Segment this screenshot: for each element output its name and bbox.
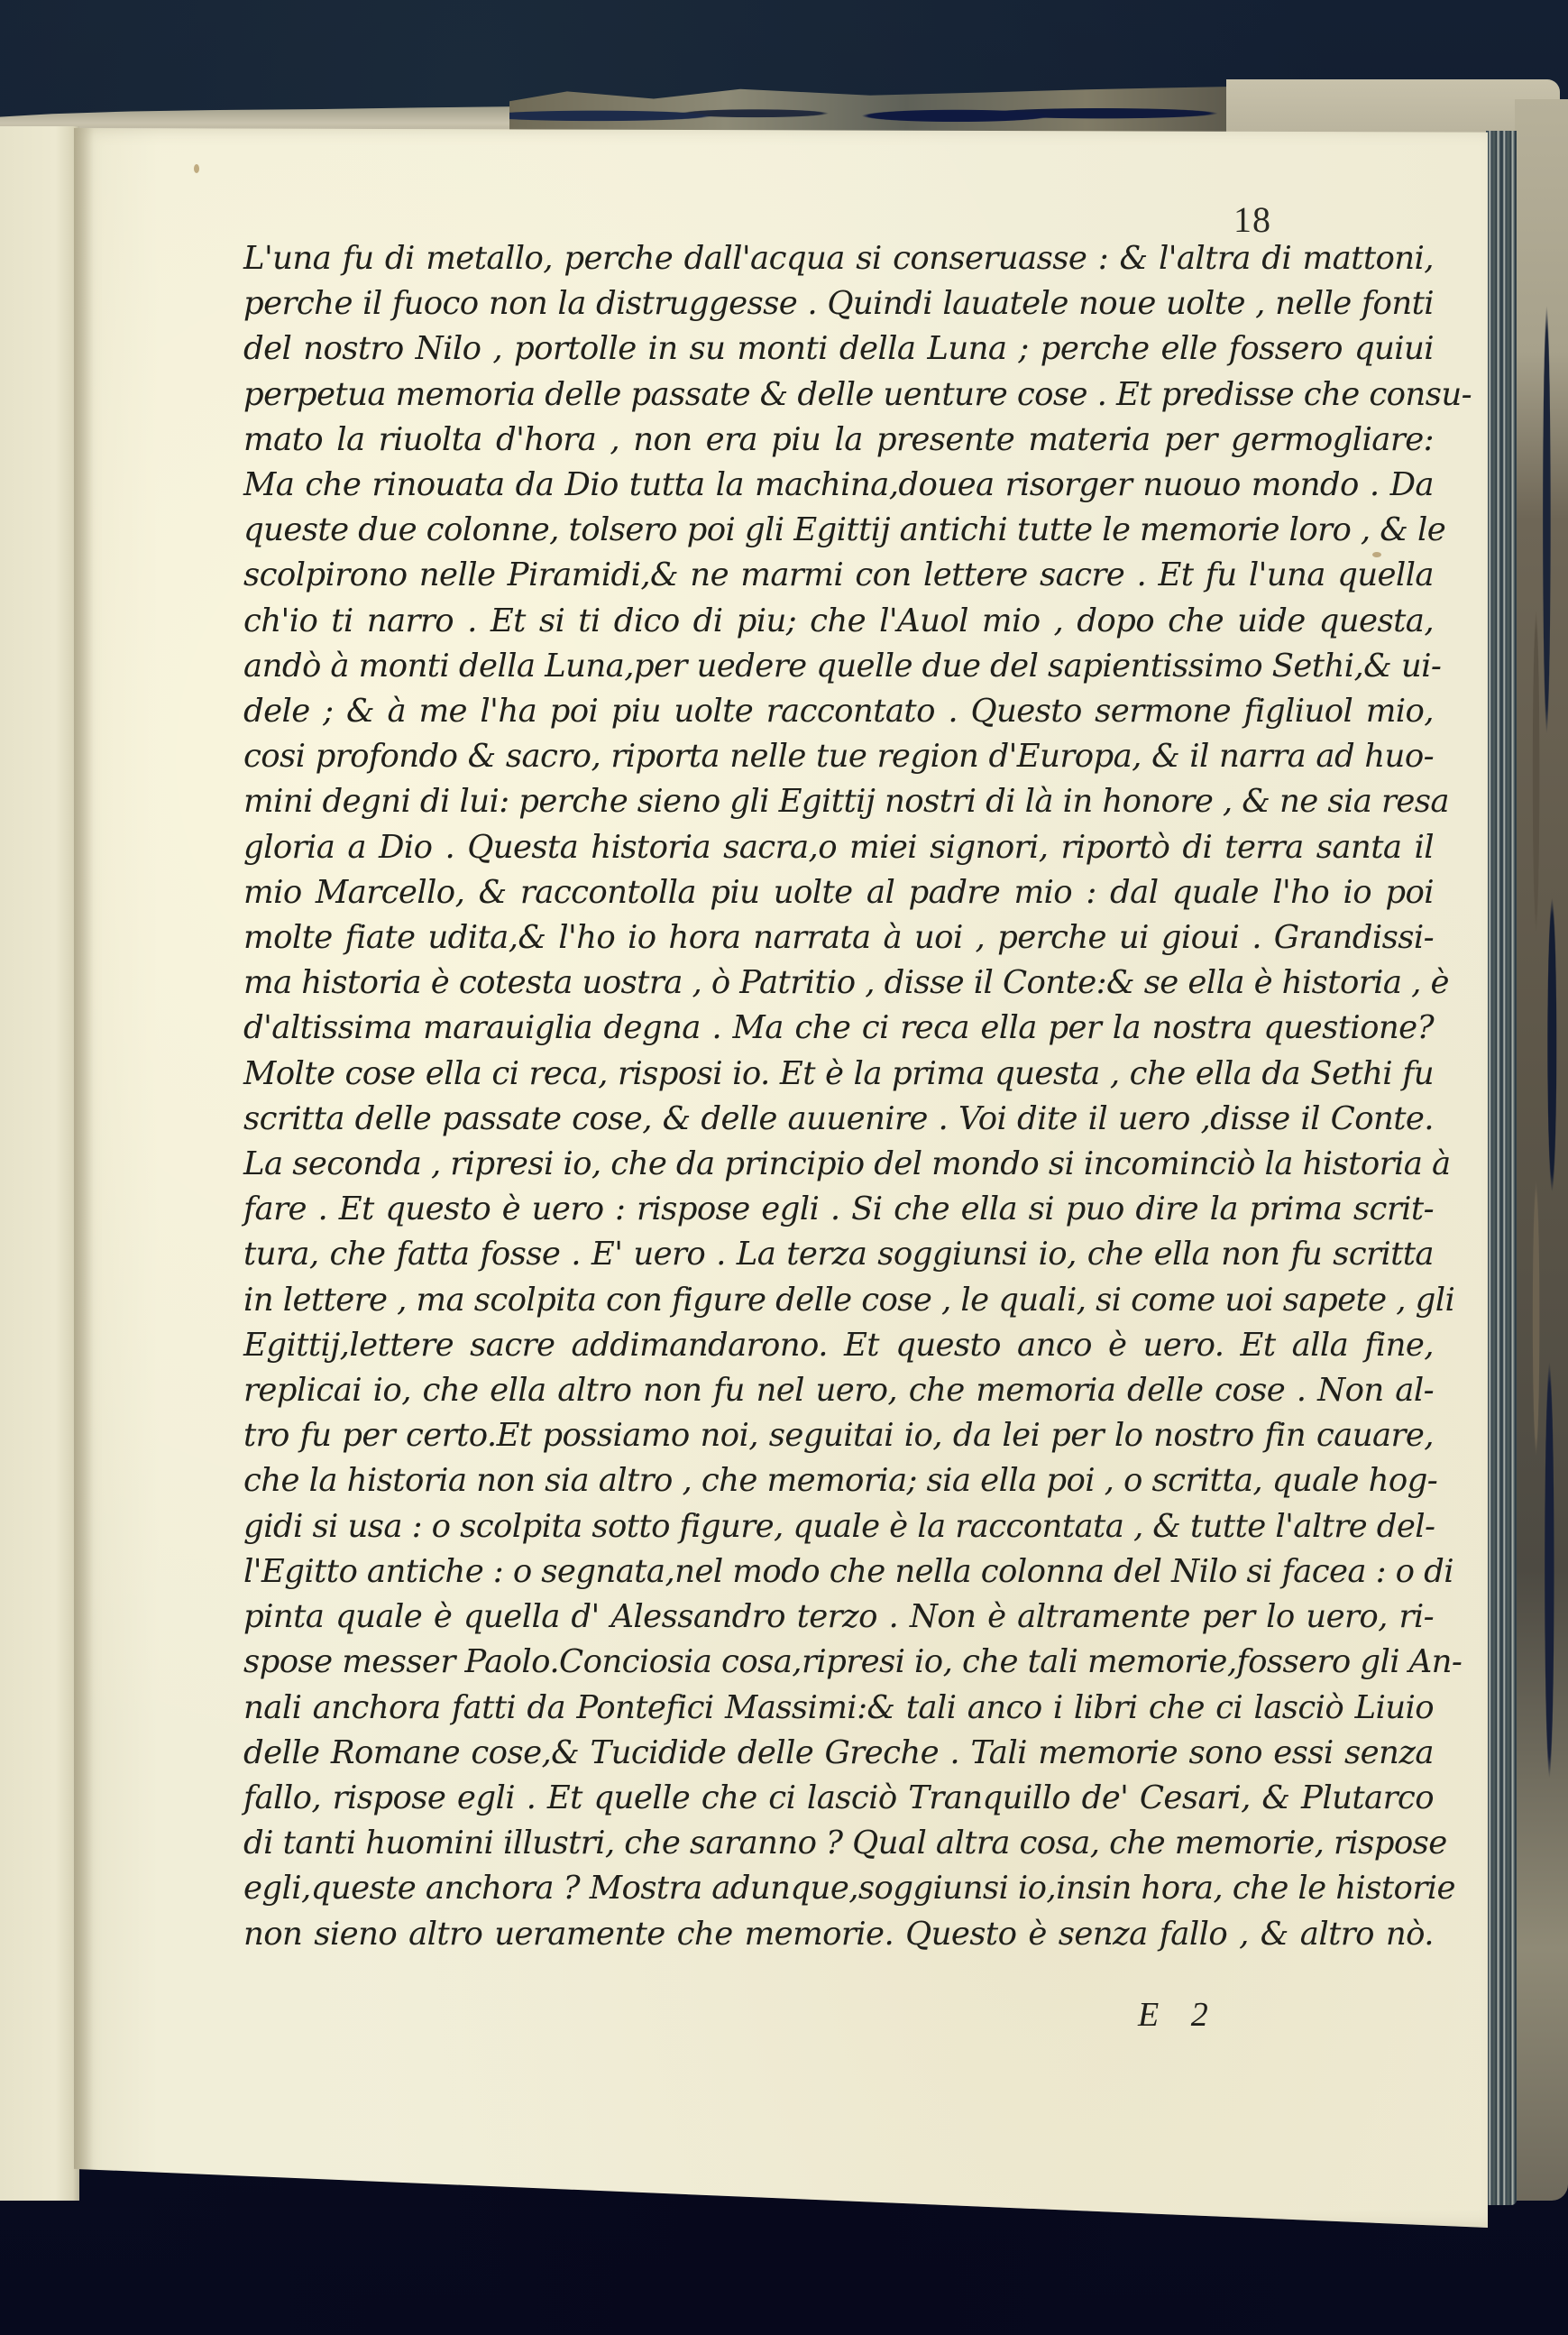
text-line: molte fiate udita,& l'ho io hora narrata… [243, 915, 1434, 961]
text-line: in lettere , ma scolpita con figure dell… [243, 1278, 1434, 1323]
text-line: fare . Et questo è uero : rispose egli .… [243, 1187, 1434, 1232]
text-line: fallo, rispose egli . Et quelle che ci l… [243, 1776, 1434, 1821]
text-line: del nostro Nilo , portolle in su monti d… [243, 326, 1434, 372]
text-line: scolpirono nelle Piramidi,& ne marmi con… [243, 553, 1434, 598]
text-line: cosi profondo & sacro, riporta nelle tue… [243, 734, 1434, 779]
page-number: 18 [1233, 198, 1271, 241]
text-line: scritta delle passate cose, & delle auue… [243, 1097, 1434, 1142]
text-line: l'Egitto antiche : o segnata,nel modo ch… [243, 1549, 1434, 1595]
facing-left-page [0, 126, 79, 2201]
body-text: L'una fu di metallo, perche dall'acqua s… [243, 236, 1434, 1957]
text-line: spose messer Paolo.Conciosia cosa,ripres… [243, 1640, 1434, 1685]
text-line: Egittij,lettere sacre addimandarono. Et … [243, 1323, 1434, 1368]
text-line: perpetua memoria delle passate & delle u… [243, 372, 1434, 418]
text-line: gidi si usa : o scolpita sotto figure, q… [243, 1504, 1434, 1549]
text-line: replicai io, che ella altro non fu nel u… [243, 1368, 1434, 1413]
marbled-book-cover-right [1515, 99, 1568, 2201]
gutter-shadow [74, 128, 94, 2228]
text-line: delle Romane cose,& Tucidide delle Grech… [243, 1731, 1434, 1776]
text-line: mato la riuolta d'hora , non era piu la … [243, 418, 1434, 463]
text-line: gloria a Dio . Questa historia sacra,o m… [243, 825, 1434, 870]
text-line: andò à monti della Luna,per uedere quell… [243, 644, 1434, 689]
text-line: nali anchora fatti da Pontefici Massimi:… [243, 1686, 1434, 1731]
text-line: ch'io ti narro . Et si ti dico di piu; c… [243, 599, 1434, 644]
text-line: d'altissima marauiglia degna . Ma che ci… [243, 1006, 1434, 1051]
text-line: tro fu per certo.Et possiamo noi, seguit… [243, 1413, 1434, 1458]
text-line: L'una fu di metallo, perche dall'acqua s… [243, 236, 1434, 281]
text-line: che la historia non sia altro , che memo… [243, 1458, 1434, 1503]
text-line: perche il fuoco non la distruggesse . Qu… [243, 281, 1434, 326]
text-line: ma historia è cotesta uostra , ò Patriti… [243, 961, 1434, 1006]
text-line: queste due colonne, tolsero poi gli Egit… [243, 508, 1434, 553]
text-line: non sieno altro ueramente che memorie. Q… [243, 1912, 1434, 1957]
text-line: di tanti huomini illustri, che saranno ?… [243, 1821, 1434, 1866]
text-line: dele ; & à me l'ha poi piu uolte raccont… [243, 689, 1434, 734]
cover-corner [1226, 79, 1560, 135]
signature-mark: E 2 [1138, 1995, 1208, 2035]
text-line: pinta quale è quella d' Alessandro terzo… [243, 1595, 1434, 1640]
paper-stain [194, 164, 199, 173]
page-edges-stack [1486, 131, 1517, 2205]
book-page: 18 L'una fu di metallo, perche dall'acqu… [74, 128, 1488, 2228]
text-line: La seconda , ripresi io, che da principi… [243, 1142, 1434, 1187]
text-line: egli,queste anchora ? Mostra adunque,sog… [243, 1866, 1434, 1911]
marbled-cover-strip [509, 87, 1231, 135]
text-line: mini degni di lui: perche sieno gli Egit… [243, 779, 1434, 824]
text-line: Molte cose ella ci reca, risposi io. Et … [243, 1052, 1434, 1097]
text-line: Ma che rinouata da Dio tutta la machina,… [243, 463, 1434, 508]
book-top-cover-edge [0, 79, 1568, 133]
text-line: mio Marcello, & raccontolla piu uolte al… [243, 870, 1434, 915]
text-line: tura, che fatta fosse . E' uero . La ter… [243, 1232, 1434, 1277]
